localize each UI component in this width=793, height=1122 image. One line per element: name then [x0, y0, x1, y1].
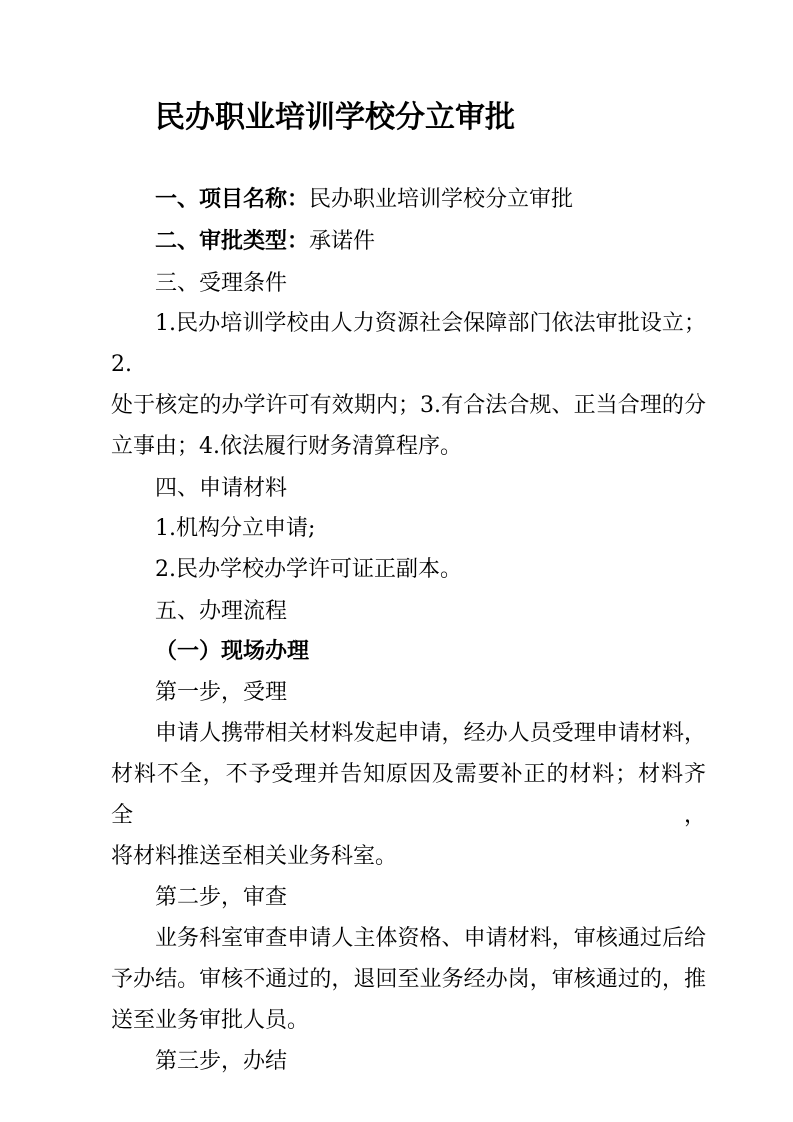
subsection1-heading: （一）现场办理	[111, 631, 706, 672]
step1-paragraph-line: 材料不全，不予受理并告知原因及需要补正的材料；材料齐全，	[111, 754, 706, 836]
step2-paragraph-line: 予办结。审核不通过的，退回至业务经办岗，审核通过的，推	[111, 959, 706, 1000]
section3-paragraph-line: 立事由；4.依法履行财务清算程序。	[111, 426, 706, 467]
document-title: 民办职业培训学校分立审批	[155, 96, 706, 140]
step2-title: 第二步，审查	[111, 877, 706, 918]
section4-list-item: 2.民办学校办学许可证正副本。	[111, 549, 706, 590]
item-approval-type-value: 承诺件	[309, 229, 375, 254]
step3-title: 第三步，办结	[111, 1041, 706, 1082]
item-approval-type: 二、审批类型：承诺件	[111, 220, 706, 262]
step2-paragraph-line: 业务科室审查申请人主体资格、申请材料，审核通过后给	[111, 918, 706, 959]
section5-heading: 五、办理流程	[111, 590, 706, 631]
item-project-name: 一、项目名称：民办职业培训学校分立审批	[111, 178, 706, 220]
section3-paragraph-line: 1.民办培训学校由人力资源社会保障部门依法审批设立；2.	[111, 303, 706, 385]
step2-paragraph-line: 送至业务审批人员。	[111, 1000, 706, 1041]
section4-heading: 四、申请材料	[111, 467, 706, 508]
step1-title: 第一步，受理	[111, 672, 706, 713]
item-project-name-label: 一、项目名称：	[155, 186, 309, 211]
section4-list-item: 1.机构分立申请;	[111, 508, 706, 549]
step1-paragraph-line: 将材料推送至相关业务科室。	[111, 836, 706, 877]
step1-paragraph-line: 申请人携带相关材料发起申请，经办人员受理申请材料，	[111, 713, 706, 754]
item-approval-type-label: 二、审批类型：	[155, 228, 309, 253]
document-content: 民办职业培训学校分立审批 一、项目名称：民办职业培训学校分立审批 二、审批类型：…	[111, 96, 706, 1082]
section3-heading: 三、受理条件	[111, 262, 706, 303]
section3-paragraph-line: 处于核定的办学许可有效期内；3.有合法合规、正当合理的分	[111, 385, 706, 426]
document-page: 民办职业培训学校分立审批 一、项目名称：民办职业培训学校分立审批 二、审批类型：…	[0, 0, 793, 1122]
item-project-name-value: 民办职业培训学校分立审批	[309, 187, 573, 212]
